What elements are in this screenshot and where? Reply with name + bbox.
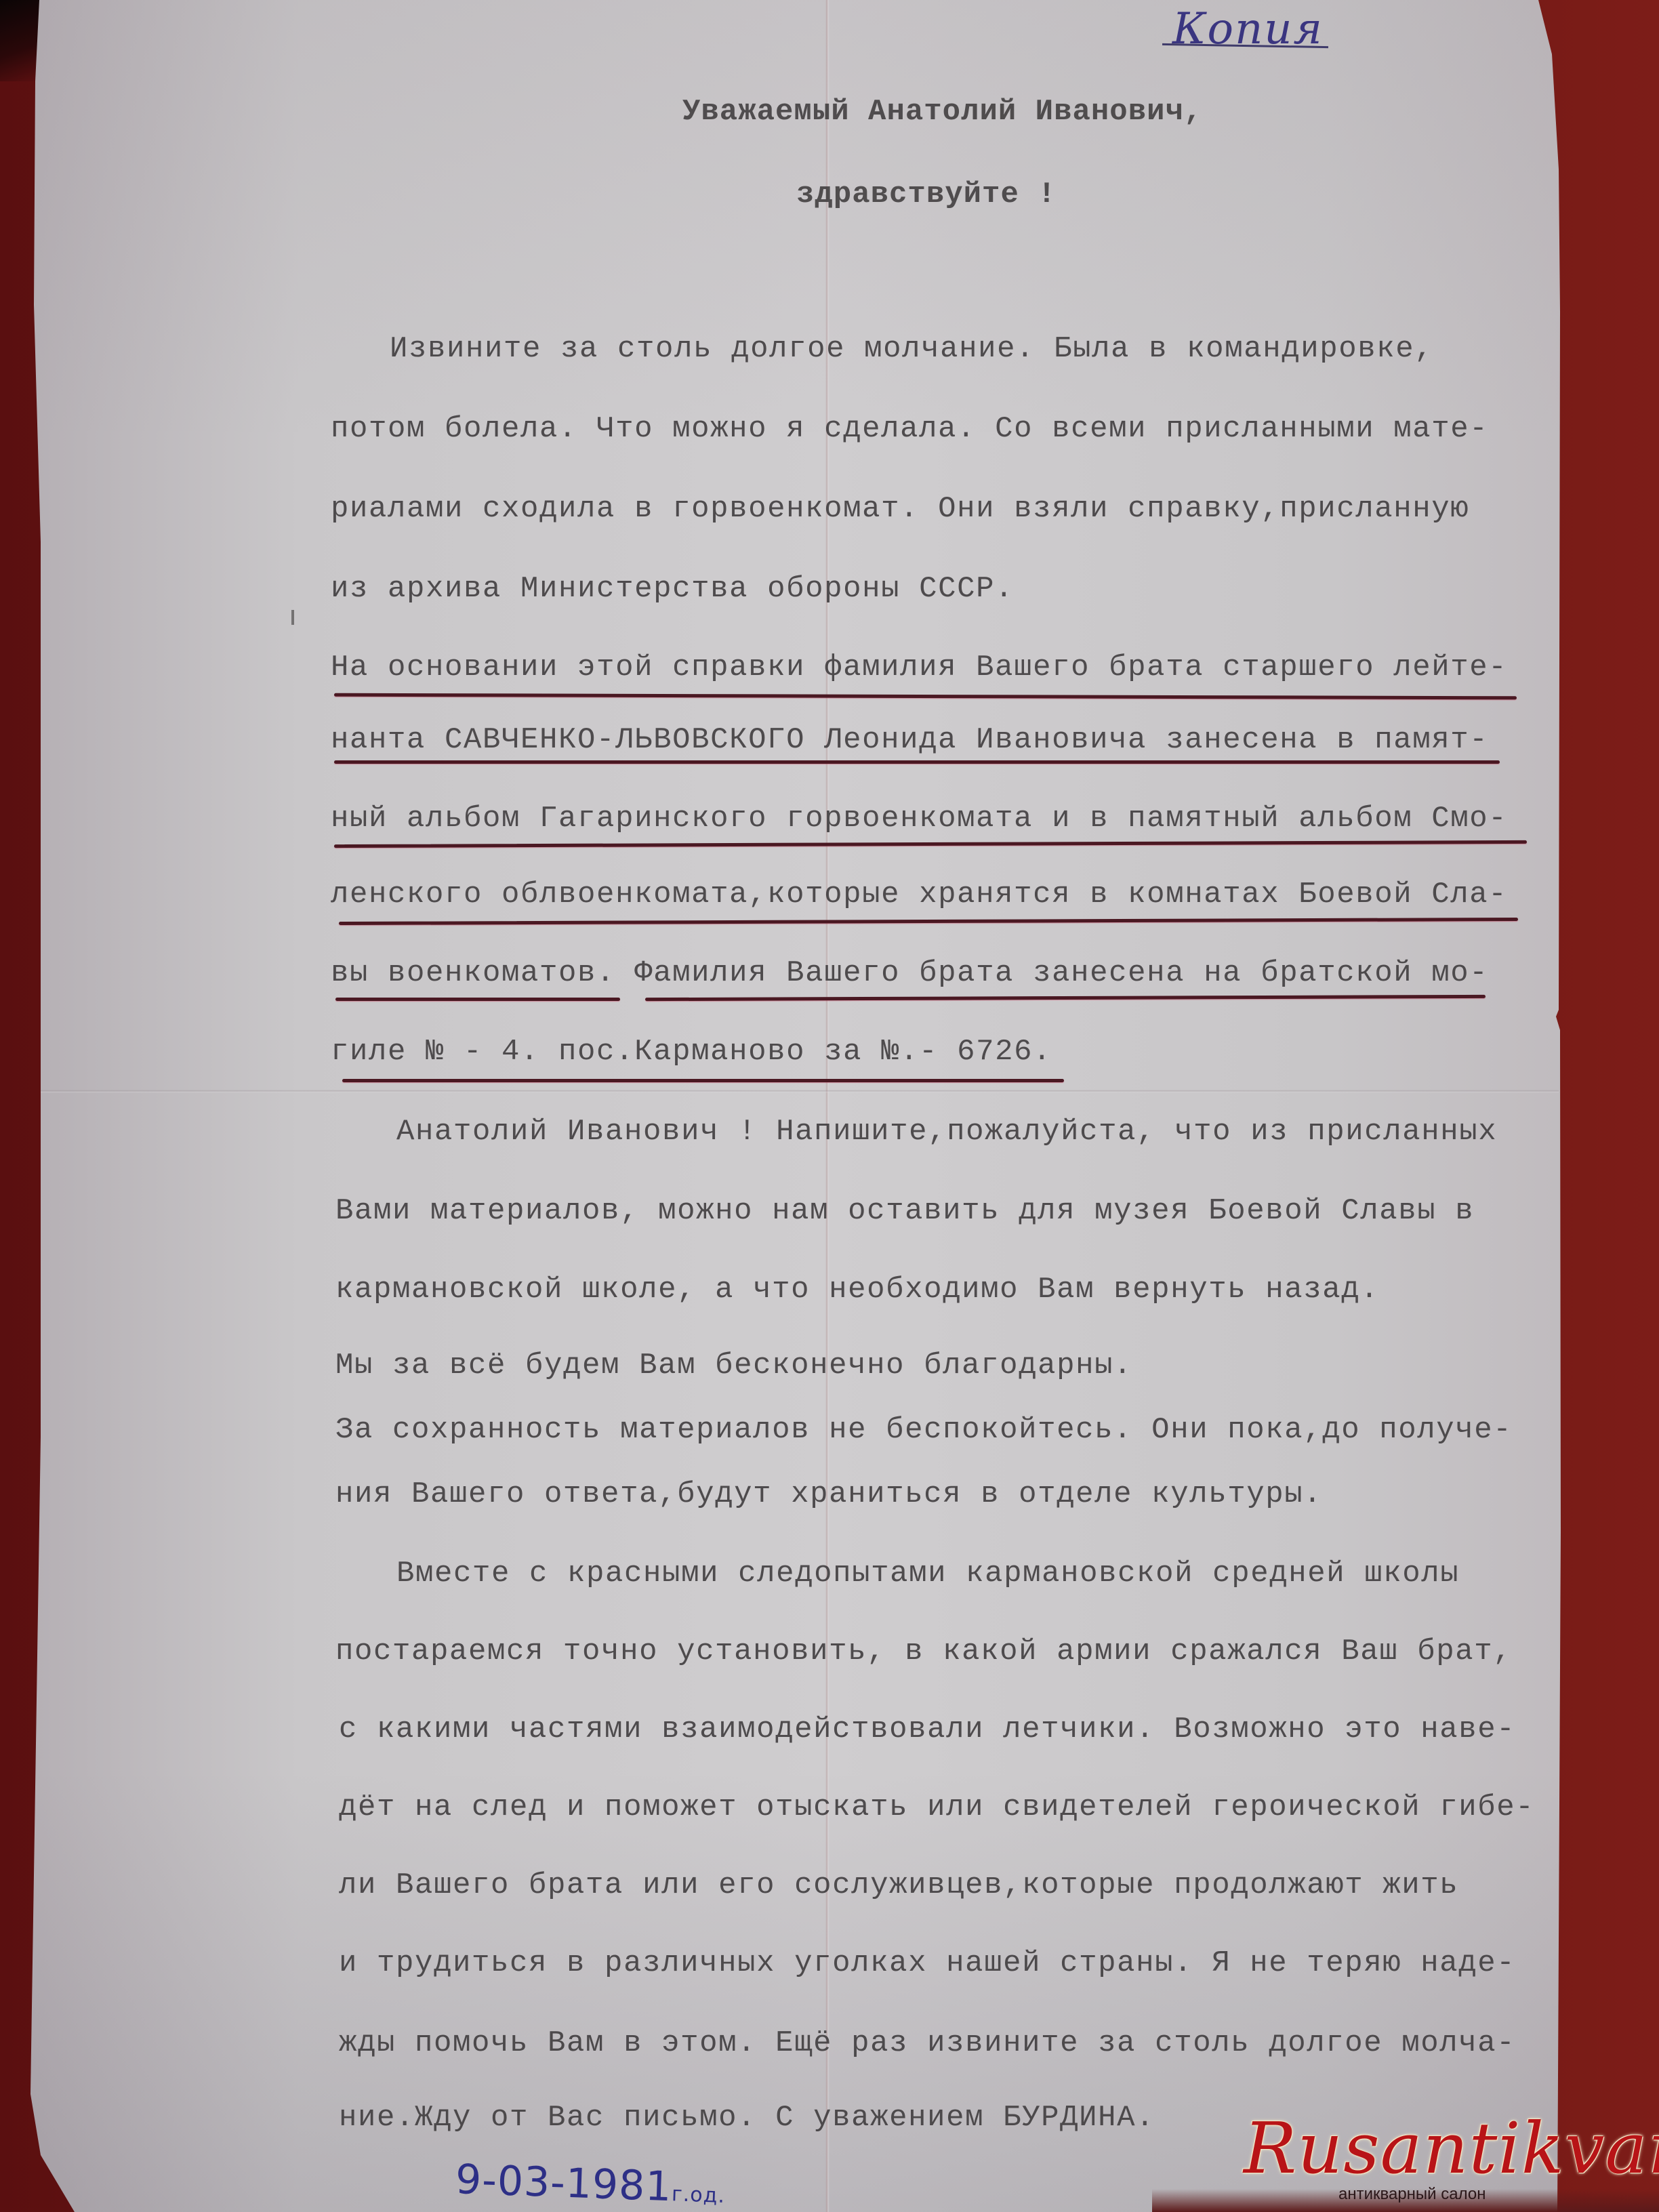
letter-line-underlined: нанта САВЧЕНКО-ЛЬВОВСКОГО Леонида Иванов… — [331, 723, 1488, 757]
red-underline — [339, 918, 1518, 925]
watermark-title: Rusantikvar — [1244, 2113, 1659, 2184]
letter-line: ли Вашего брата или его сослуживцев,кото… — [339, 1868, 1458, 1902]
ink-speck — [291, 610, 294, 625]
letter-line: Вместе с красными следопытами кармановск… — [396, 1557, 1459, 1591]
red-underline — [334, 760, 1500, 764]
handwritten-date: 9-03-1981г.од. — [455, 2156, 726, 2212]
date-suffix: г.од. — [671, 2182, 725, 2208]
red-underline — [335, 998, 620, 1001]
date-value: 9-03-1981 — [455, 2156, 673, 2211]
letter-line: и трудиться в различных уголках нашей ст… — [339, 1946, 1515, 1980]
letter-line-underlined: вы военкоматов. Фамилия Вашего брата зан… — [331, 956, 1488, 990]
red-underline — [334, 840, 1527, 848]
red-underline — [342, 1079, 1064, 1082]
red-underline — [645, 995, 1486, 1001]
horizontal-fold-crease — [41, 1090, 1559, 1093]
watermark-logo: Rusantikvar антикварный салон — [1244, 2113, 1659, 2204]
letter-line: За сохранность материалов не беспокойтес… — [335, 1413, 1512, 1447]
letter-line: риалами сходила в горвоенкомат. Они взял… — [331, 492, 1469, 526]
letter-line-underlined: ный альбом Гагаринского горвоенкомата и … — [331, 802, 1507, 836]
background-dark-corner — [0, 0, 41, 81]
letter-line: потом болела. Что можно я сделала. Со вс… — [331, 412, 1488, 446]
letter-line: Извините за столь долгое молчание. Была … — [390, 332, 1433, 366]
letter-line: дёт на след и поможет отыскать или свиде… — [339, 1790, 1534, 1824]
letter-line: Вами материалов, можно нам оставить для … — [335, 1194, 1474, 1228]
letter-line: постараемся точно установить, в какой ар… — [335, 1635, 1512, 1668]
letter-line: ние.Жду от Вас письмо. С уважением БУРДИ… — [339, 2101, 1155, 2135]
letter-line: ния Вашего ответа,будут храниться в отде… — [335, 1477, 1322, 1511]
letter-line: Мы за всё будем Вам бесконечно благодарн… — [335, 1349, 1132, 1382]
letter-line-underlined: ленского облвоенкомата,которые хранятся … — [331, 878, 1507, 912]
letter-line: из архива Министерства обороны СССР. — [331, 572, 1014, 606]
letter-line: кармановской школе, а что необходимо Вам… — [335, 1273, 1379, 1307]
letter-line: Анатолий Иванович ! Напишите,пожалуйста,… — [396, 1115, 1497, 1149]
letter-line-underlined: гиле № - 4. пос.Карманово за №.- 6726. — [331, 1035, 1052, 1069]
letter-line: жды помочь Вам в этом. Ещё раз извините … — [339, 2026, 1515, 2060]
red-underline — [334, 693, 1517, 700]
letter-salutation: Уважаемый Анатолий Иванович, — [682, 95, 1202, 129]
letter-line: с какими частями взаимодействовали летчи… — [339, 1713, 1515, 1746]
letter-line-underlined: На основании этой справки фамилия Вашего… — [331, 651, 1507, 684]
letter-greeting: здравствуйте ! — [796, 178, 1057, 211]
letter-paper: Копия Уважаемый Анатолий Иванович, здрав… — [0, 0, 1659, 2212]
